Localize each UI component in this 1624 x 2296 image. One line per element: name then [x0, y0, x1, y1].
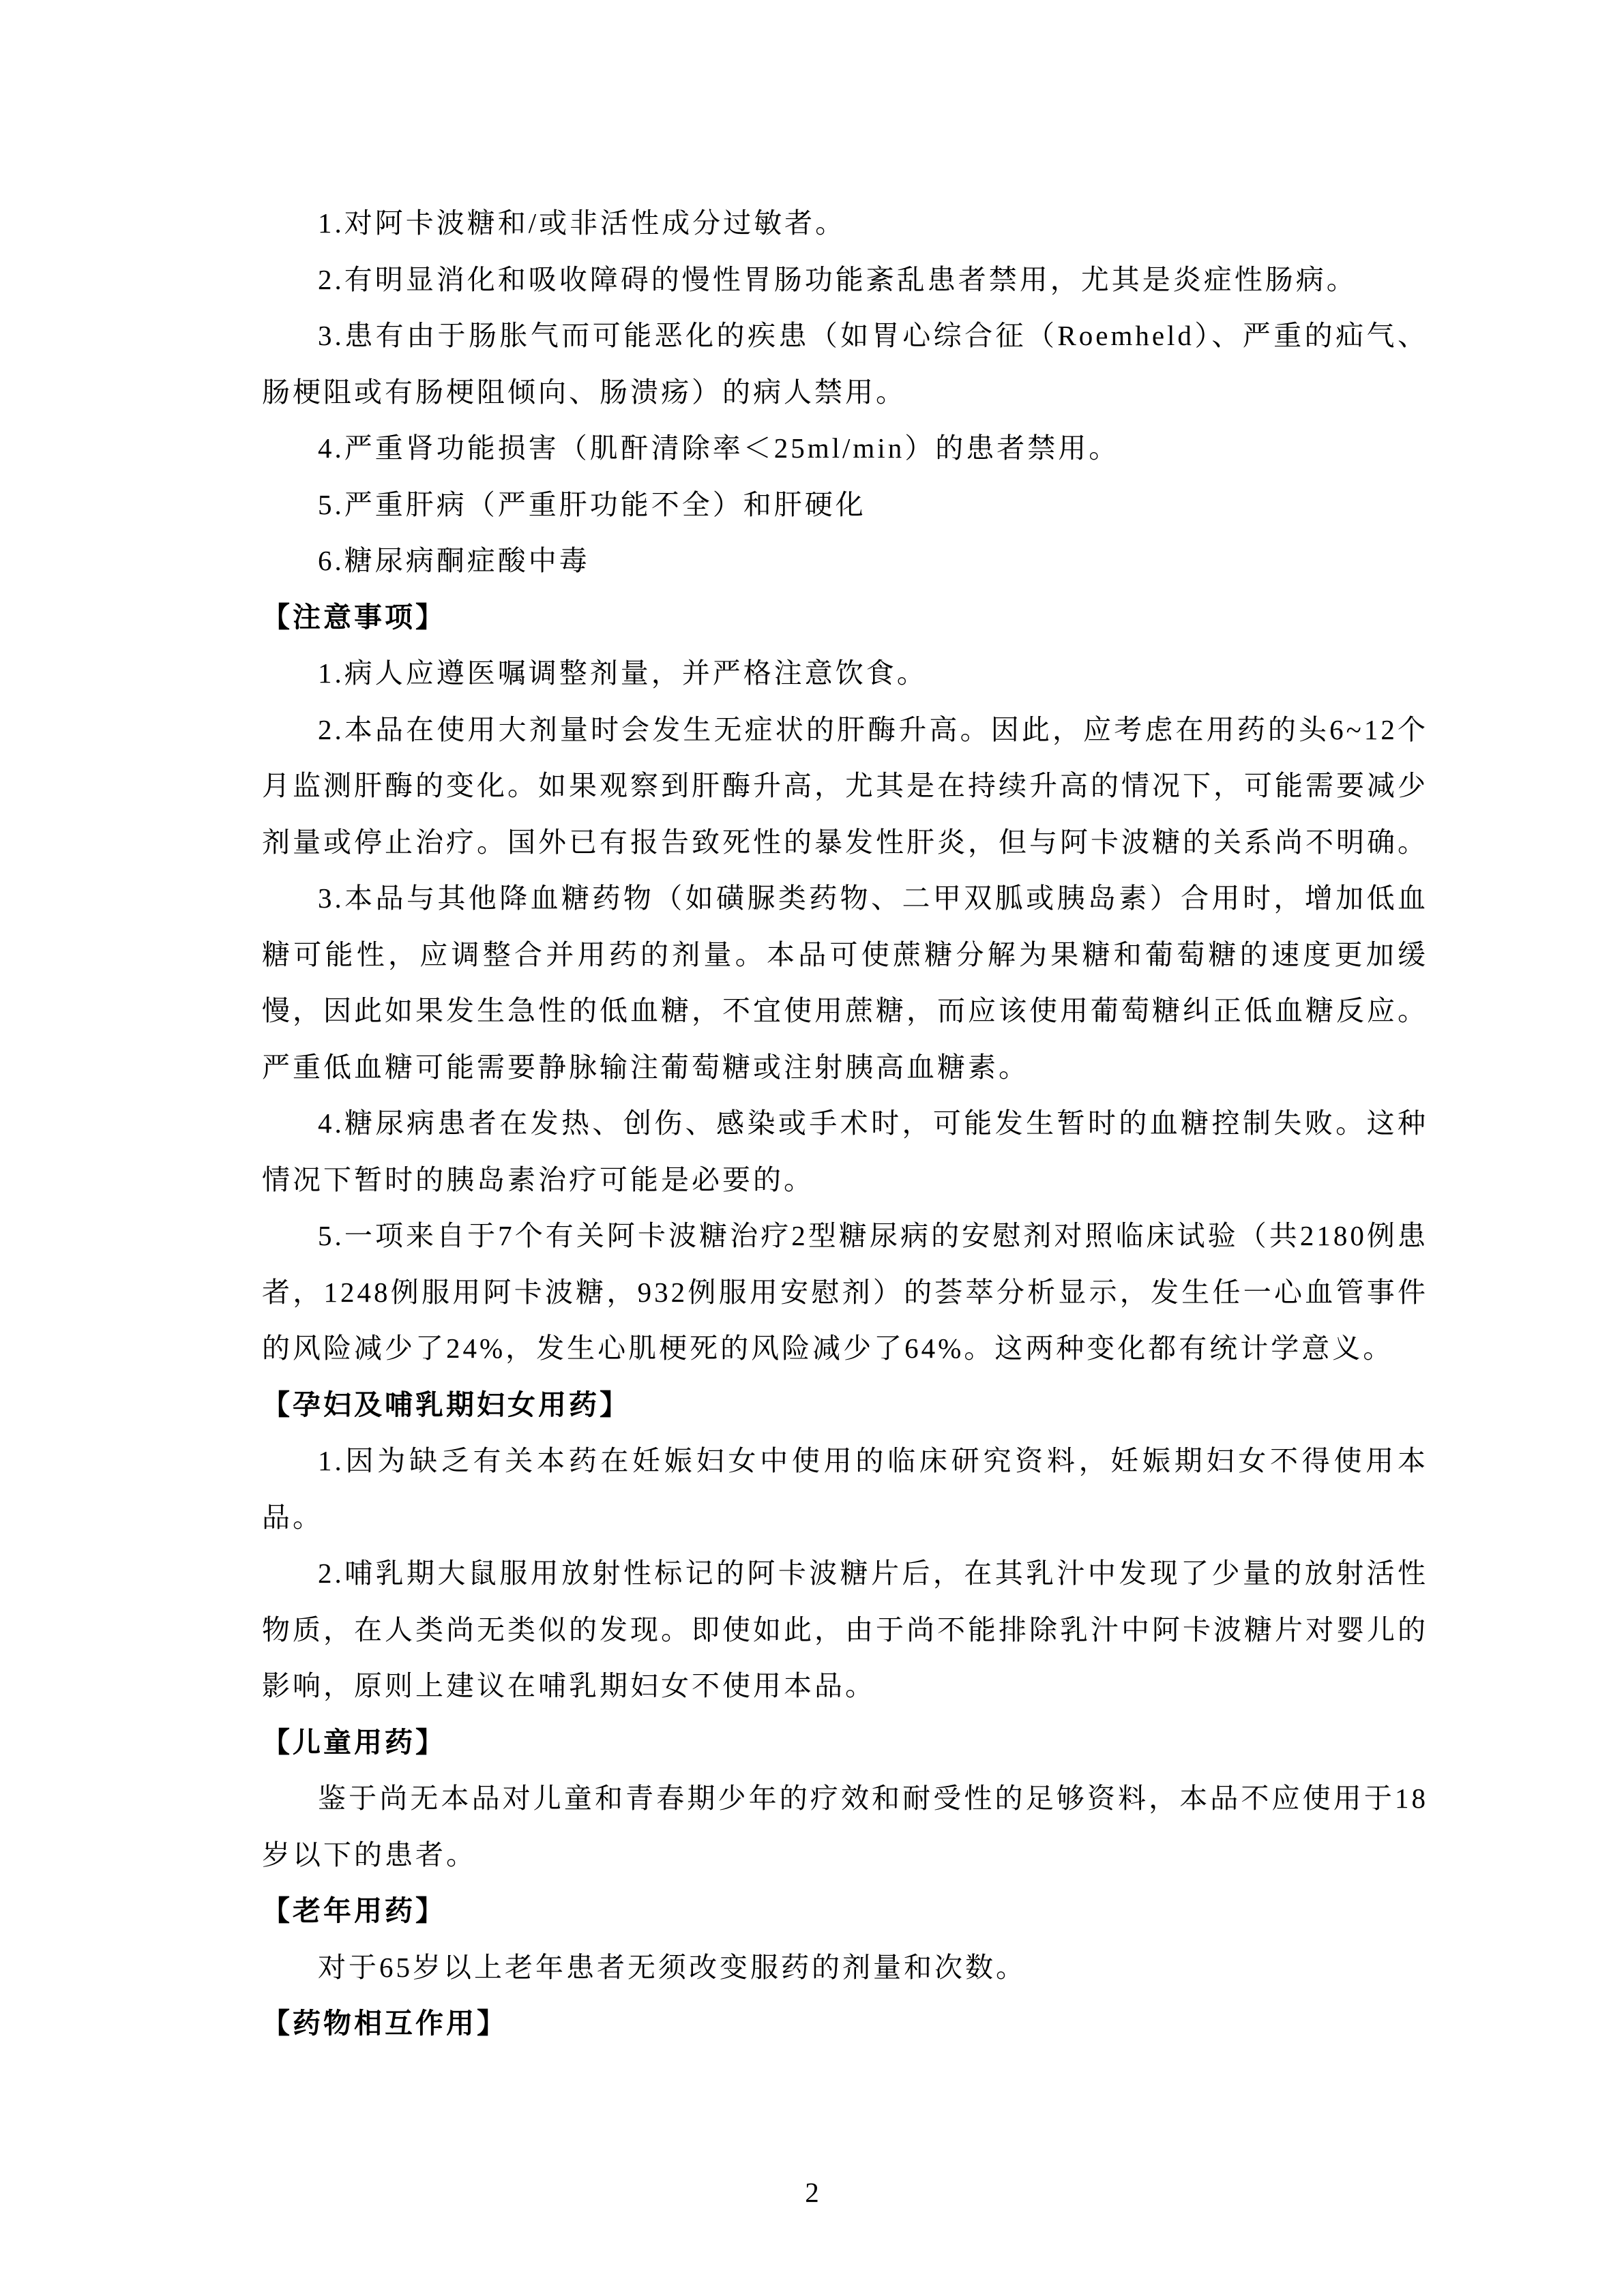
elderly-text: 对于65岁以上老年患者无须改变服药的剂量和次数。: [262, 1939, 1428, 1996]
contraindication-item-2: 2.有明显消化和吸收障碍的慢性胃肠功能紊乱患者禁用，尤其是炎症性肠病。: [262, 252, 1428, 308]
precaution-item-4: 4.糖尿病患者在发热、创伤、感染或手术时，可能发生暂时的血糖控制失败。这种情况下…: [262, 1095, 1428, 1208]
document-page: 1.对阿卡波糖和/或非活性成分过敏者。2.有明显消化和吸收障碍的慢性胃肠功能紊乱…: [0, 0, 1624, 2296]
contraindication-item-4: 4.严重肾功能损害（肌酐清除率＜25ml/min）的患者禁用。: [262, 420, 1428, 477]
drug-interactions-section-header: 【药物相互作用】: [262, 1995, 1428, 2052]
drug-leaflet-page: html, body { margin: 0; padding: 0; back…: [0, 0, 1624, 2296]
contraindication-item-6: 6.糖尿病酮症酸中毒: [262, 533, 1428, 589]
precaution-item-2: 2.本品在使用大剂量时会发生无症状的肝酶升高。因此，应考虑在用药的头6~12个月…: [262, 702, 1428, 871]
page-background: { "page": { "number": "2", "background_c…: [0, 0, 1624, 2296]
children-text: 鉴于尚无本品对儿童和青春期少年的疗效和耐受性的足够资料，本品不应使用于18岁以下…: [262, 1770, 1428, 1883]
pregnancy-item-1: 1.因为缺乏有关本药在妊娠妇女中使用的临床研究资料，妊娠期妇女不得使用本品。: [262, 1433, 1428, 1545]
precaution-item-3: 3.本品与其他降血糖药物（如磺脲类药物、二甲双胍或胰岛素）合用时，增加低血糖可能…: [262, 870, 1428, 1095]
contraindication-item-5: 5.严重肝病（严重肝功能不全）和肝硬化: [262, 477, 1428, 533]
contraindication-item-1: 1.对阿卡波糖和/或非活性成分过敏者。: [262, 195, 1428, 252]
precaution-item-1: 1.病人应遵医嘱调整剂量，并严格注意饮食。: [262, 645, 1428, 702]
page-number: 2: [0, 2175, 1624, 2209]
pregnancy-nursing-section-header: 【孕妇及哺乳期妇女用药】: [262, 1377, 1428, 1433]
elderly-section-header: 【老年用药】: [262, 1883, 1428, 1939]
precaution-item-5: 5.一项来自于7个有关阿卡波糖治疗2型糖尿病的安慰剂对照临床试验（共2180例患…: [262, 1208, 1428, 1377]
document-body: 1.对阿卡波糖和/或非活性成分过敏者。2.有明显消化和吸收障碍的慢性胃肠功能紊乱…: [262, 195, 1428, 2052]
children-section-header: 【儿童用药】: [262, 1714, 1428, 1771]
contraindication-item-3: 3.患有由于肠胀气而可能恶化的疾患（如胃心综合征（Roemheld）、严重的疝气…: [262, 308, 1428, 420]
pregnancy-item-2: 2.哺乳期大鼠服用放射性标记的阿卡波糖片后，在其乳汁中发现了少量的放射活性物质，…: [262, 1545, 1428, 1714]
precautions-section-header: 【注意事项】: [262, 589, 1428, 646]
